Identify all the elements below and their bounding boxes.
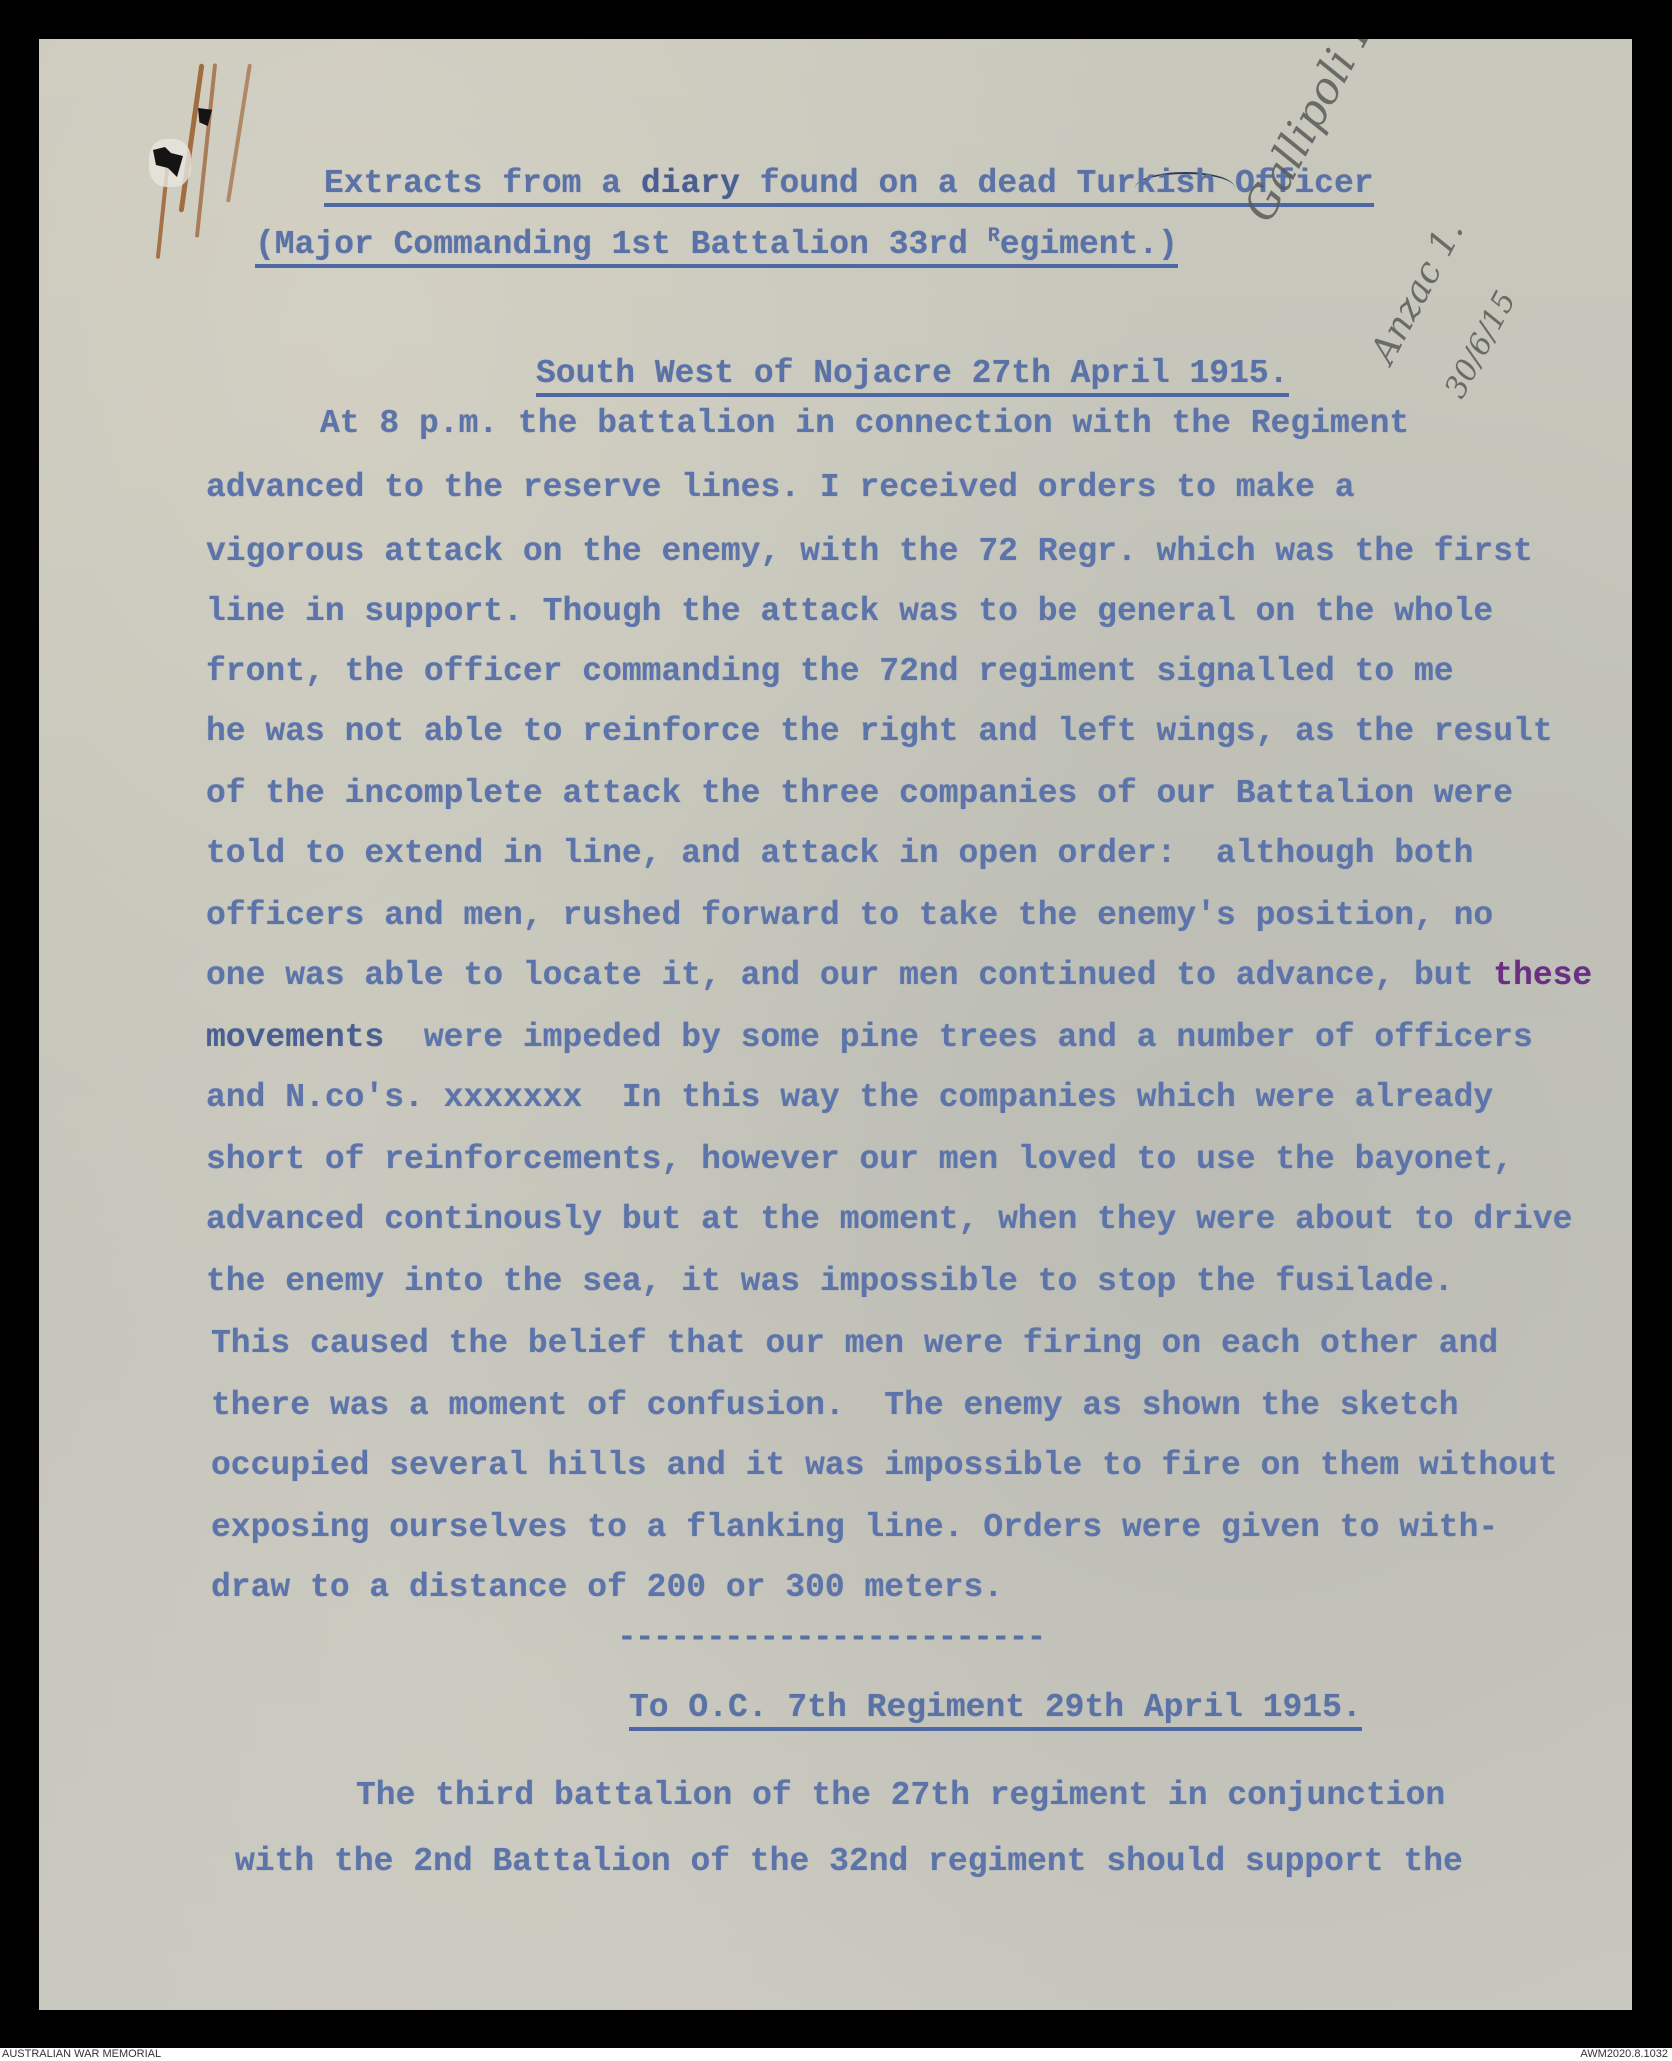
body-text: were impeded by some pine trees and a nu… <box>384 1019 1533 1056</box>
subtitle-text: egiment.) <box>1000 226 1178 263</box>
body-line: advanced to the reserve lines. I receive… <box>206 471 1355 504</box>
body-line: short of reinforcements, however our men… <box>206 1143 1513 1176</box>
body-line: movements were impeded by some pine tree… <box>206 1021 1533 1054</box>
purple-ink-word: these <box>1493 957 1592 994</box>
body-line: line in support. Though the attack was t… <box>206 595 1493 628</box>
section-2-heading: To O.C. 7th Regiment 29th April 1915. <box>629 1691 1362 1731</box>
body-line: occupied several hills and it was imposs… <box>211 1449 1558 1482</box>
accession-number: AWM2020.8.1032 <box>1580 2048 1668 2061</box>
body-line: he was not able to reinforce the right a… <box>206 715 1553 748</box>
body-line: draw to a distance of 200 or 300 meters. <box>211 1571 1003 1604</box>
title-line-1: Extracts from a diary found on a dead Tu… <box>324 167 1374 207</box>
body-line: This caused the belief that our men were… <box>211 1327 1498 1360</box>
body-line: vigorous attack on the enemy, with the 7… <box>206 535 1533 568</box>
inked-word: diary <box>641 165 740 202</box>
superscript-letter: R <box>988 225 1000 248</box>
body-line: told to extend in line, and attack in op… <box>206 837 1473 870</box>
body-line: At 8 p.m. the battalion in connection wi… <box>320 407 1409 440</box>
dark-ink-word: movements <box>206 1019 384 1056</box>
body-text: one was able to locate it, and our men c… <box>206 957 1493 994</box>
body-line: The third battalion of the 27th regiment… <box>356 1779 1445 1812</box>
body-line: officers and men, rushed forward to take… <box>206 899 1493 932</box>
section-separator: ------------------------ <box>617 1619 1044 1656</box>
body-line: with the 2nd Battalion of the 32nd regim… <box>235 1845 1463 1878</box>
body-line: exposing ourselves to a flanking line. O… <box>211 1511 1498 1544</box>
body-line: front, the officer commanding the 72nd r… <box>206 655 1454 688</box>
body-line: of the incomplete attack the three compa… <box>206 777 1513 810</box>
pencil-annotation: 30/6/15 <box>1438 285 1523 404</box>
body-line: the enemy into the sea, it was impossibl… <box>206 1265 1454 1298</box>
subtitle-text: (Major Commanding 1st Battalion 33rd <box>255 226 988 263</box>
title-line-2: (Major Commanding 1st Battalion 33rd Reg… <box>255 227 1178 268</box>
body-line: there was a moment of confusion. The ene… <box>211 1389 1459 1422</box>
rust-stain <box>226 64 252 203</box>
pencil-annotation: Anzac 1. <box>1363 213 1472 370</box>
body-line: and N.co's. xxxxxxx In this way the comp… <box>206 1081 1493 1114</box>
archive-footer: AUSTRALIAN WAR MEMORIAL AWM2020.8.1032 <box>0 2048 1672 2061</box>
document-page: Extracts from a diary found on a dead Tu… <box>39 39 1632 2010</box>
section-1-heading: South West of Nojacre 27th April 1915. <box>536 357 1289 397</box>
institution-label: AUSTRALIAN WAR MEMORIAL <box>2 2048 161 2061</box>
title-text: Extracts from a <box>324 165 641 202</box>
body-line: advanced continously but at the moment, … <box>206 1203 1572 1236</box>
body-line: one was able to locate it, and our men c… <box>206 959 1592 992</box>
